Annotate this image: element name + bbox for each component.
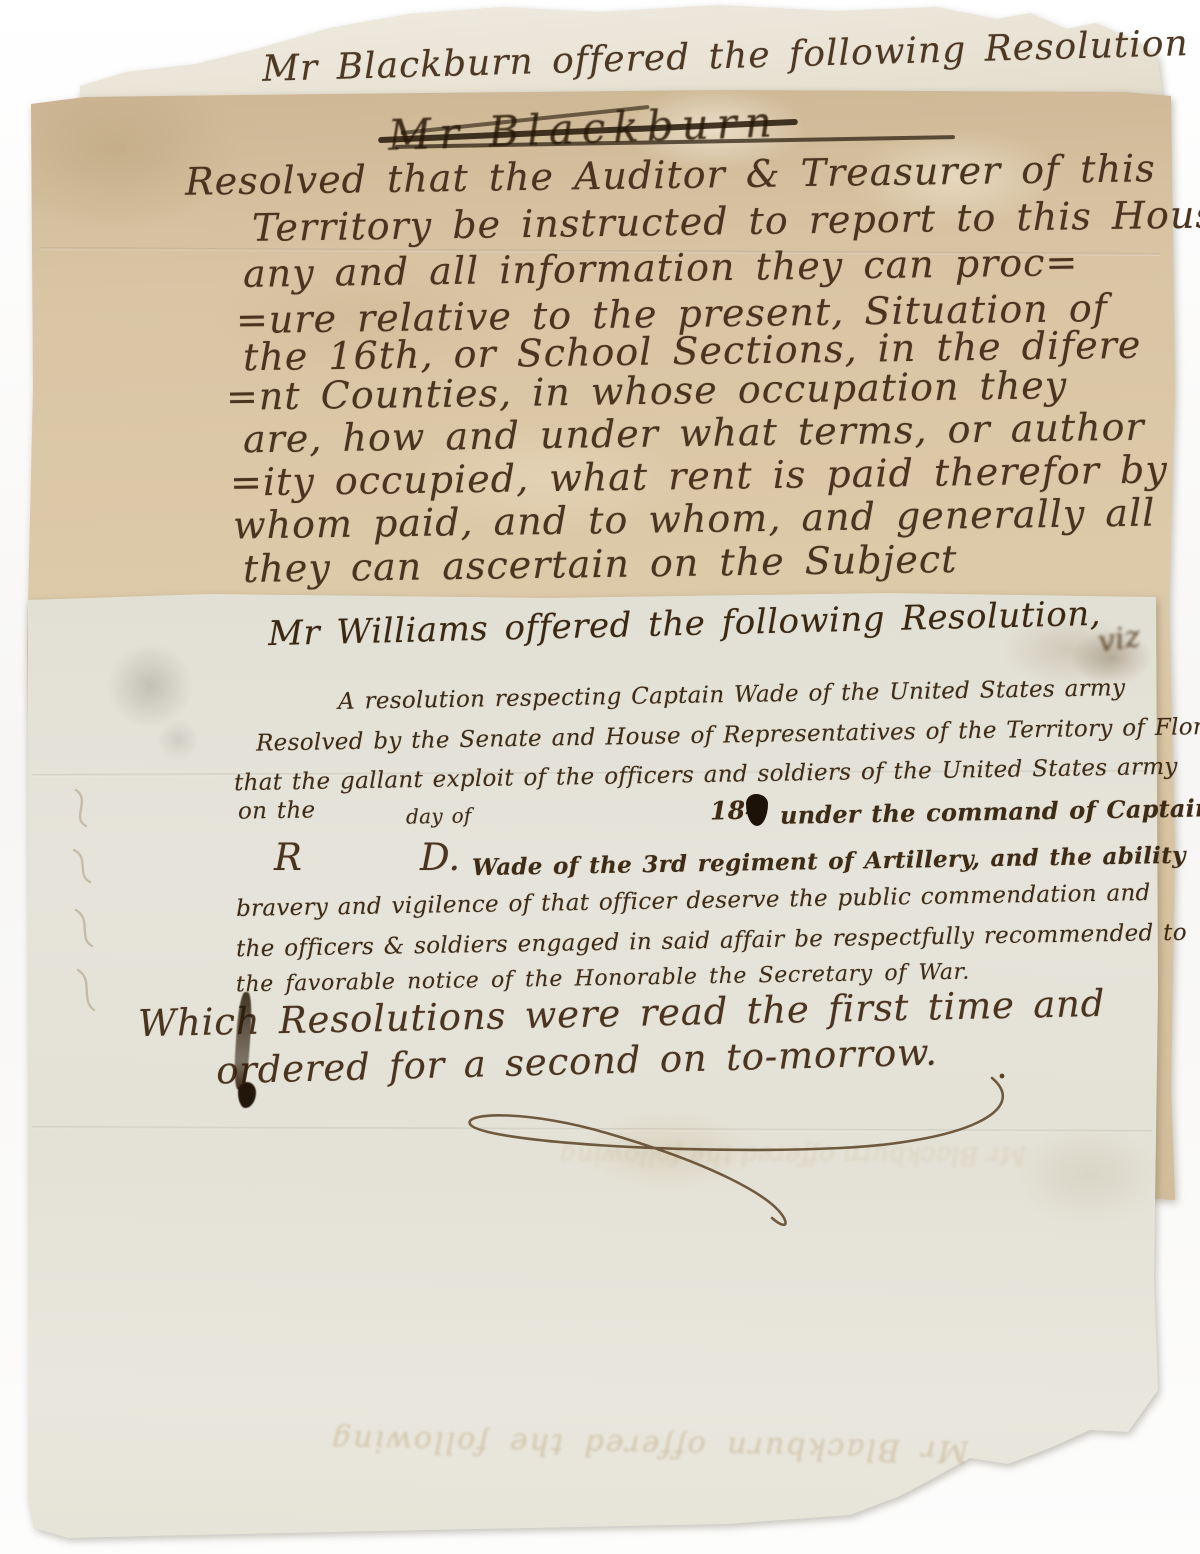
pen-flourish xyxy=(440,1068,1040,1228)
manuscript-scan-page: Mr Blackburn offered the following Resol… xyxy=(0,0,1200,1554)
wade-initial-r: R xyxy=(274,836,302,879)
date-line-day-of: day of xyxy=(406,803,472,828)
date-line-prefix: on the xyxy=(238,797,316,824)
bleedthrough-marks xyxy=(46,780,126,1030)
wade-initial-d: D. xyxy=(420,836,460,879)
